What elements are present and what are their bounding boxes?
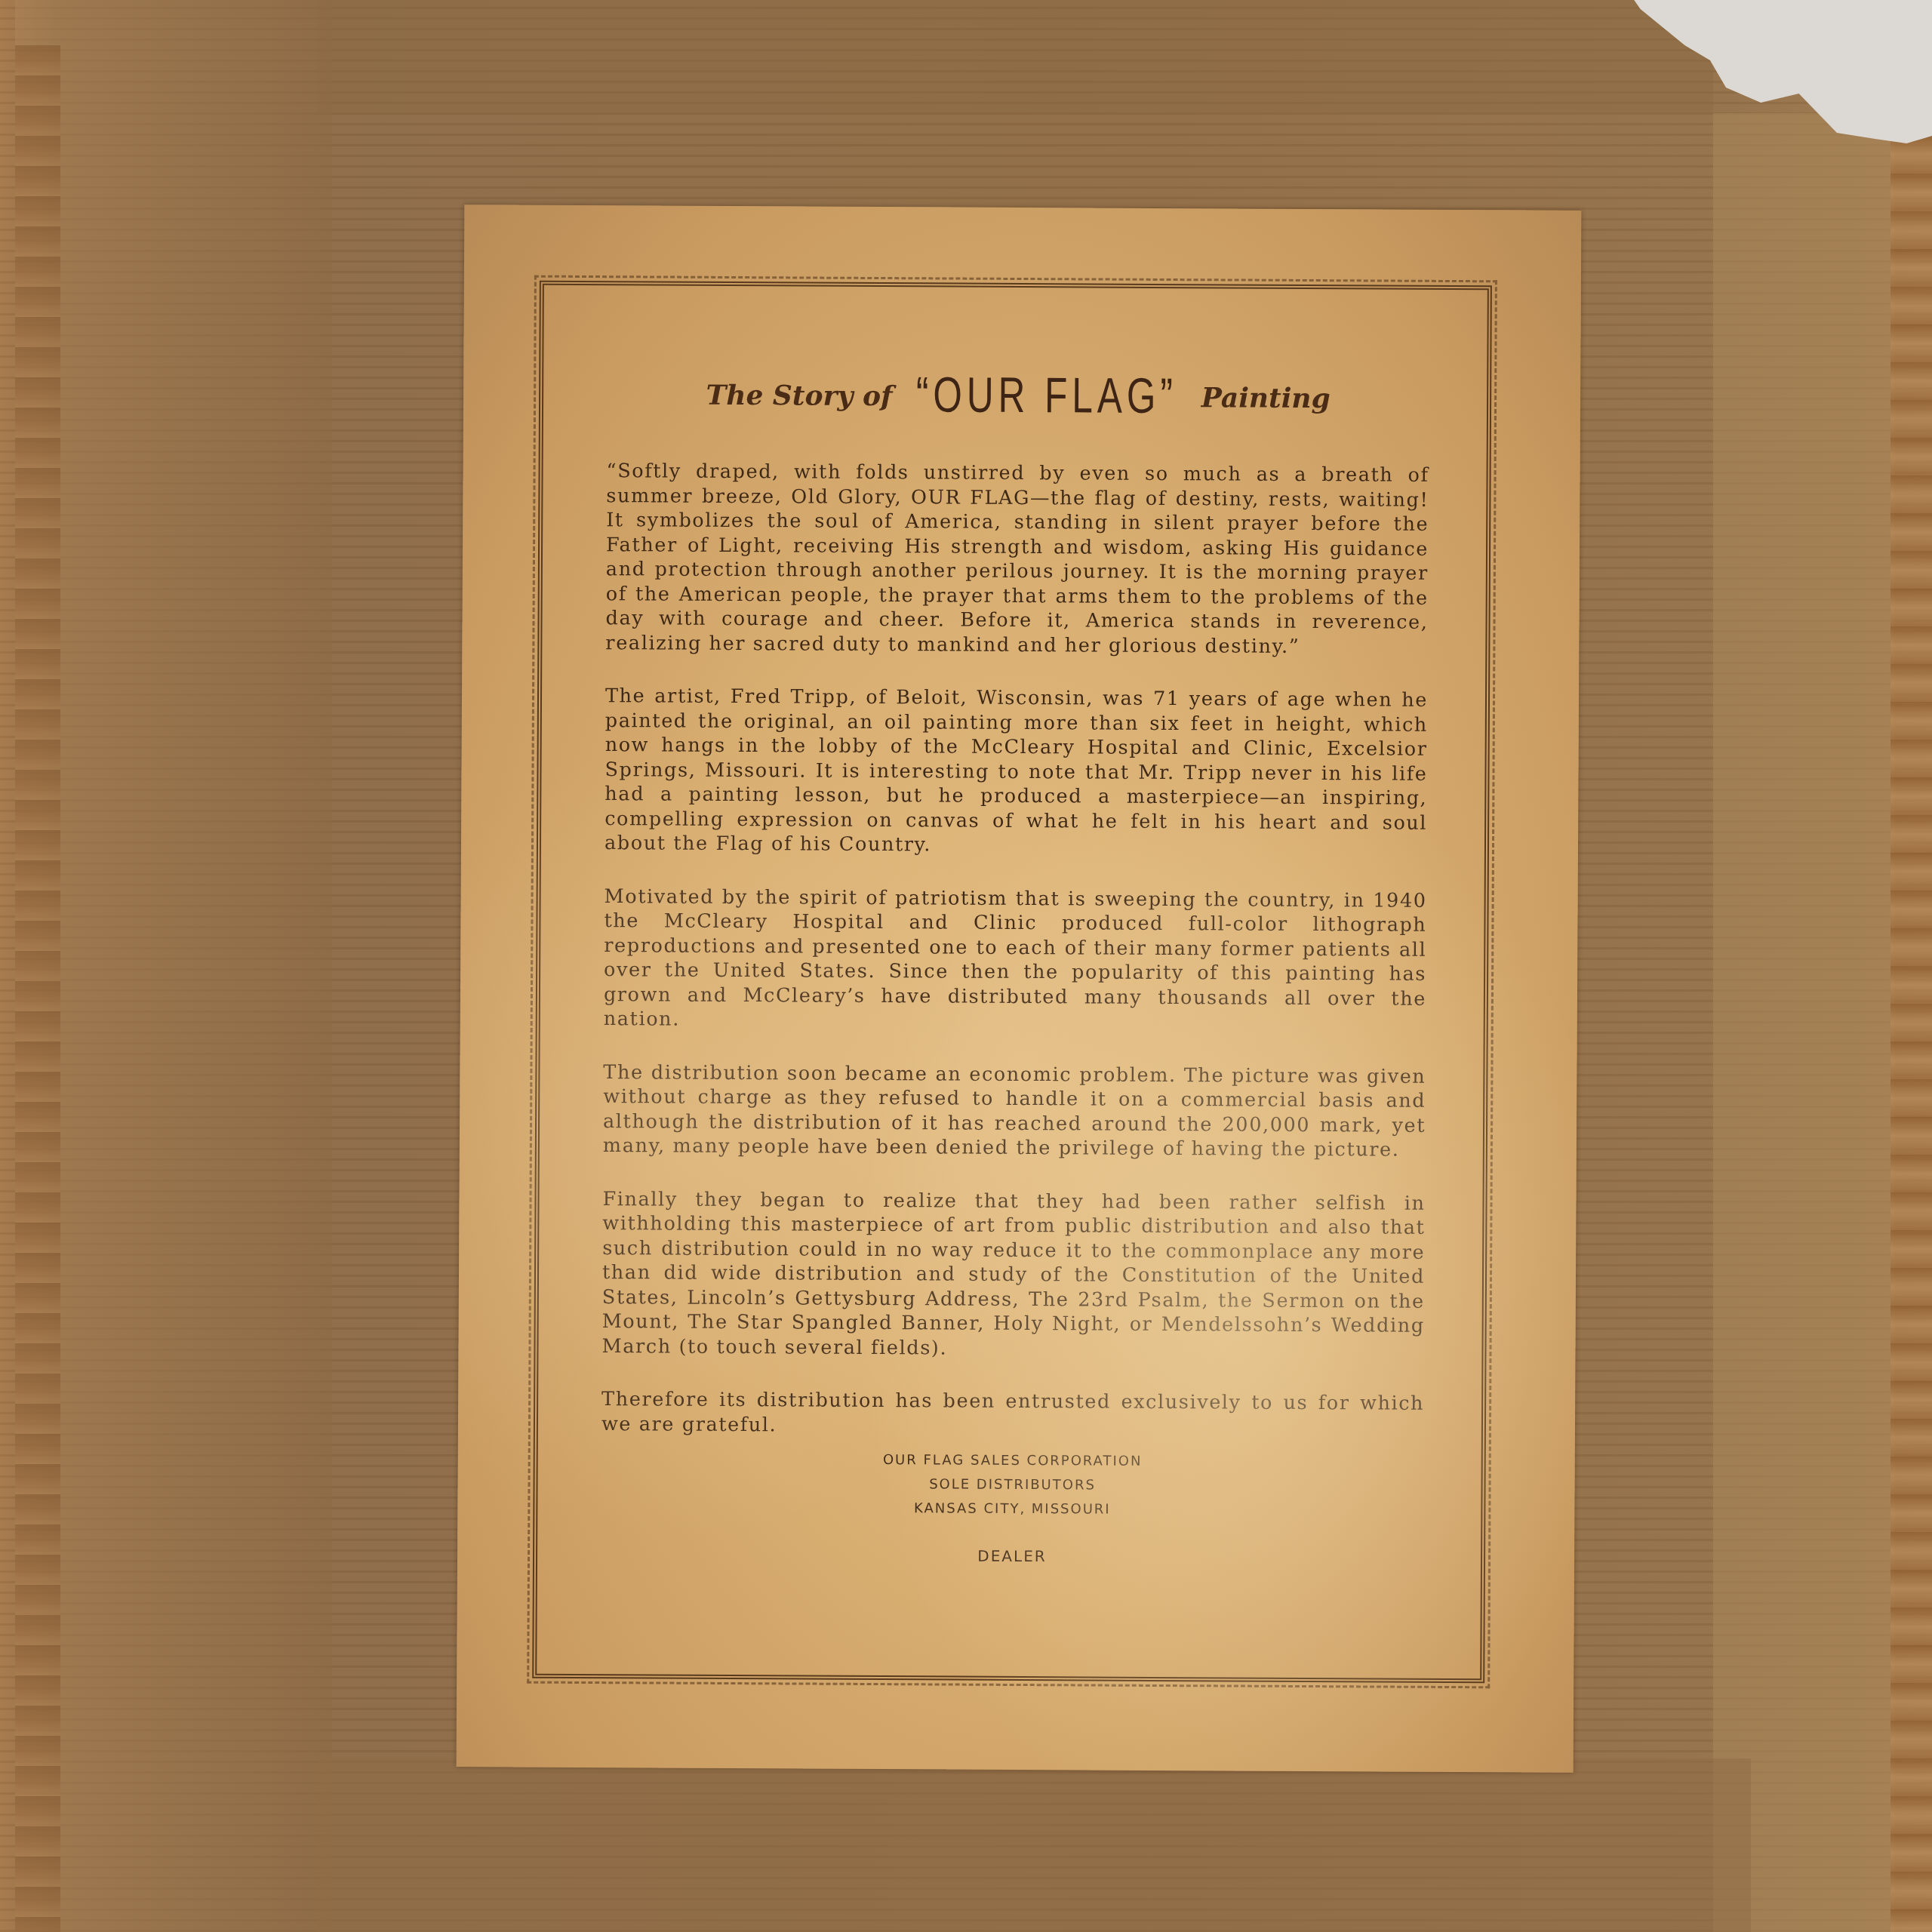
torn-edge-right: [1890, 136, 1932, 1932]
title-suffix: Painting: [1201, 382, 1331, 414]
story-label: The Story of “OUR FLAG” Painting “Softly…: [457, 205, 1582, 1773]
tape-strip-right: [1713, 113, 1894, 1932]
company-location: KANSAS CITY, MISSOURI: [601, 1495, 1423, 1524]
label-content: The Story of “OUR FLAG” Painting “Softly…: [601, 356, 1429, 1571]
title-main: “OUR FLAG”: [916, 365, 1177, 424]
document-title: The Story of “OUR FLAG” Painting: [607, 364, 1429, 426]
tape-strip-left: [15, 0, 332, 1932]
paragraph-distribution: The distribution soon became an economic…: [603, 1060, 1426, 1163]
paragraph-withholding: Finally they began to realize that they …: [601, 1187, 1425, 1363]
torn-edge-left: [15, 45, 60, 1932]
dealer-label: DEALER: [601, 1542, 1423, 1571]
tape-strip-bottom: [317, 1758, 1751, 1932]
paragraph-artist: The artist, Fred Tripp, of Beloit, Wisco…: [605, 684, 1428, 860]
tape-strip-top: [317, 0, 1713, 113]
paragraph-lithograph: Motivated by the spirit of patriotism th…: [604, 884, 1427, 1036]
title-prefix: The Story of: [706, 380, 892, 412]
paragraph-quote: “Softly draped, with folds unstirred by …: [605, 459, 1429, 660]
distributor-block: OUR FLAG SALES CORPORATION SOLE DISTRIBU…: [601, 1447, 1424, 1571]
paragraph-entrusted: Therefore its distribution has been entr…: [601, 1387, 1424, 1441]
